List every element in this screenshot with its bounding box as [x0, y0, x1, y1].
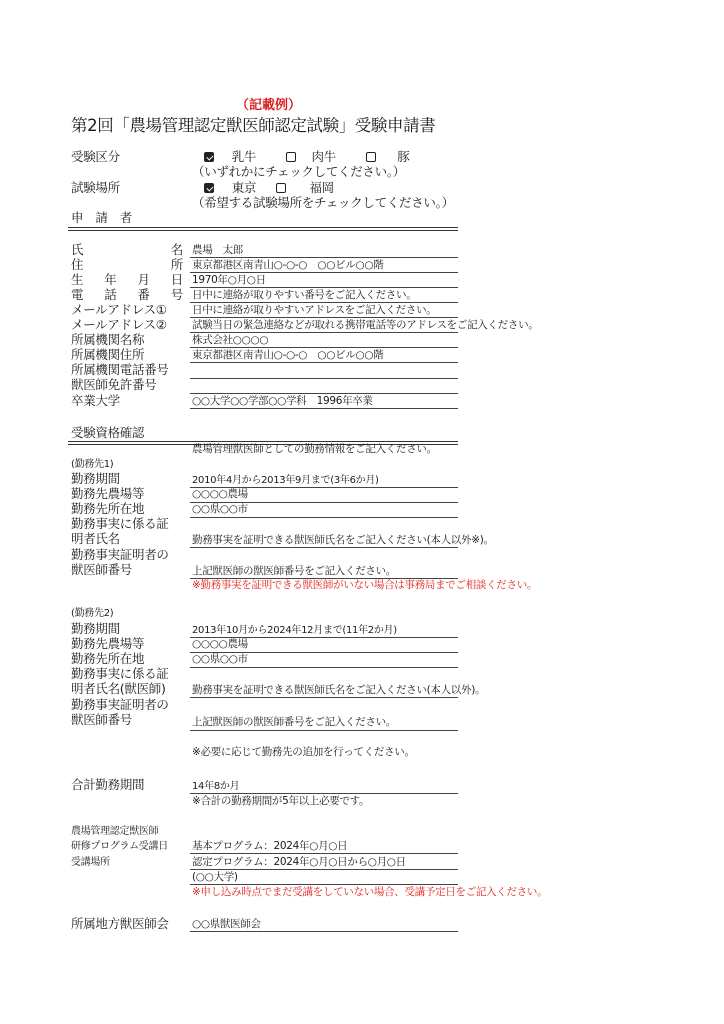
workplace1-farm-label: 勤務先農場等	[71, 486, 144, 501]
field-label-university: 卒業大学	[71, 393, 120, 408]
workplace1-certifier-suffix: (本人以外※)。	[427, 534, 494, 546]
field-underline	[190, 272, 458, 273]
field-underline	[190, 667, 458, 668]
field-label-email2: メールアドレス②	[71, 317, 167, 332]
option-label-dairy-cattle: 乳牛	[232, 149, 256, 164]
field-label-org-phone: 所属機関電話番号	[71, 362, 169, 377]
field-underline	[190, 730, 458, 731]
workplace2-certifier-suffix: (本人以外)。	[427, 684, 486, 696]
checkbox-beef-cattle[interactable]	[286, 152, 296, 162]
workplace2-location-label: 勤務先所在地	[71, 651, 144, 666]
field-underline	[190, 884, 458, 885]
total-period-label: 合計勤務期間	[71, 777, 144, 792]
workplace1-certno-label-1: 勤務事実証明者の	[71, 547, 169, 562]
workplace1-location[interactable]: ○○県○○市	[192, 503, 248, 516]
field-underline	[190, 517, 458, 518]
field-underline	[190, 362, 458, 363]
field-value-birthdate[interactable]: 1970年○月○日	[192, 274, 266, 287]
workplace1-warning: ※勤務事実を証明できる獣医師がいない場合は事務局までご相談ください。	[192, 579, 537, 592]
field-underline	[190, 332, 458, 333]
workplace2-certifier[interactable]: 勤務事実を証明できる獣医師氏名をご記入ください(本人以外)。	[192, 684, 485, 697]
page-title: 第2回「農場管理認定獣医師認定試験」受験申請書	[71, 112, 435, 136]
field-underline	[190, 317, 458, 318]
field-underline	[190, 853, 458, 854]
association-value[interactable]: ○○県獣医師会	[192, 918, 261, 931]
option-label-swine: 豚	[397, 149, 409, 164]
workplace1-period[interactable]: 2010年4月から2013年9月まで(3年6か月)	[192, 474, 379, 487]
field-underline	[190, 302, 458, 303]
option-label-tokyo: 東京	[232, 180, 256, 195]
field-underline	[190, 257, 458, 258]
exam-category-options: 乳牛 肉牛 豚	[204, 149, 409, 164]
sample-mark: （記載例）	[236, 94, 301, 113]
qualification-intro: 農場管理獣医師としての勤務情報をご記入ください。	[192, 443, 437, 456]
workplace2-certifier-value: 勤務事実を証明できる獣医師氏名をご記入ください	[192, 684, 427, 696]
exam-category-note: （いずれかにチェックしてください。）	[192, 164, 405, 179]
workplace1-period-label: 勤務期間	[71, 471, 120, 486]
exam-location-note: （希望する試験場所をチェックしてください。）	[192, 195, 454, 210]
workplace1-certifier-label-1: 勤務事実に係る証	[71, 516, 169, 531]
workplace2-period-label: 勤務期間	[71, 621, 120, 636]
section-divider	[68, 227, 458, 231]
field-underline	[190, 869, 458, 870]
field-value-email1[interactable]: 日中に連絡が取りやすいアドレスをご記入ください。	[192, 304, 436, 317]
workplace2-period[interactable]: 2013年10月から2024年12月まで(11年2か月)	[192, 624, 397, 637]
field-label-phone: 電話番号	[71, 287, 183, 302]
qualification-heading: 受験資格確認	[71, 425, 144, 440]
workplace1-certifier-value: 勤務事実を証明できる獣医師氏名をご記入ください	[192, 534, 427, 546]
field-underline	[190, 378, 458, 379]
field-value-university[interactable]: ○○大学○○学部○○学科 1996年卒業	[192, 395, 373, 408]
workplace2-certifier-label-2: 明者氏名(獣医師)	[71, 681, 166, 696]
field-label-org-name: 所属機関名称	[71, 332, 144, 347]
workplace1-certifier[interactable]: 勤務事実を証明できる獣医師氏名をご記入ください(本人以外※)。	[192, 534, 494, 547]
field-label-address: 住所	[71, 257, 183, 272]
field-label-license-no: 獣医師免許番号	[71, 377, 156, 392]
field-underline	[190, 547, 458, 548]
checkbox-dairy-cattle[interactable]	[204, 152, 214, 162]
workplace1-location-label: 勤務先所在地	[71, 501, 144, 516]
exam-location-options: 東京 福岡	[204, 180, 334, 195]
workplace1-certno-label-2: 獣医師番号	[71, 562, 132, 577]
total-period-value[interactable]: 14年8か月	[192, 780, 239, 793]
field-underline	[190, 347, 458, 348]
field-label-birthdate: 生年月日	[71, 272, 183, 287]
add-workplace-note: ※必要に応じて勤務先の追加を行ってください。	[192, 746, 415, 759]
field-underline	[190, 408, 458, 409]
field-value-org-address[interactable]: 東京都港区南青山○-○-○ ○○ビル○○階	[192, 349, 383, 362]
exam-location-label: 試験場所	[71, 180, 120, 195]
workplace2-certifier-label-1: 勤務事実に係る証	[71, 666, 169, 681]
field-value-name[interactable]: 農場 太郎	[192, 244, 243, 257]
workplace2-farm-label: 勤務先農場等	[71, 636, 144, 651]
field-underline	[190, 931, 458, 932]
field-value-org-name[interactable]: 株式会社○○○○	[192, 334, 268, 347]
field-value-phone[interactable]: 日中に連絡が取りやすい番号をご記入ください。	[192, 289, 416, 302]
workplace1-certno[interactable]: 上記獣医師の獣医師番号をご記入ください。	[192, 565, 396, 578]
workplace1-title: (勤務先1)	[71, 458, 113, 471]
training-label-1: 農場管理認定獣医師	[71, 825, 158, 838]
field-underline	[190, 697, 458, 698]
training-warning: ※申し込み時点でまだ受講をしていない場合、受講予定日をご記入ください。	[192, 886, 547, 899]
field-label-email1: メールアドレス①	[71, 302, 167, 317]
workplace2-title: (勤務先2)	[71, 607, 113, 620]
option-label-beef-cattle: 肉牛	[311, 149, 335, 164]
workplace1-farm[interactable]: ○○○○農場	[192, 488, 248, 501]
field-underline	[190, 793, 458, 794]
field-value-email2[interactable]: 試験当日の緊急連絡などが取れる携帯電話等のアドレスをご記入ください。	[192, 319, 538, 332]
training-label-2: 研修プログラム受講日	[71, 840, 168, 853]
exam-category-label: 受験区分	[71, 149, 120, 164]
workplace1-certifier-label-2: 明者氏名	[71, 531, 120, 546]
workplace2-certno-label-1: 勤務事実証明者の	[71, 697, 169, 712]
checkbox-fukuoka[interactable]	[276, 183, 286, 193]
field-label-org-address: 所属機関住所	[71, 347, 144, 362]
training-basic[interactable]: 基本プログラム：2024年○月○日	[192, 840, 347, 853]
checkbox-swine[interactable]	[366, 152, 376, 162]
applicant-heading: 申 請 者	[71, 210, 132, 225]
field-label-name: 氏名	[71, 242, 183, 257]
training-certified[interactable]: 認定プログラム：2024年○月○日から○月○日	[192, 856, 406, 869]
workplace2-certno-label-2: 獣医師番号	[71, 712, 132, 727]
training-venue[interactable]: (○○大学)	[192, 871, 238, 884]
workplace2-certno[interactable]: 上記獣医師の獣医師番号をご記入ください。	[192, 716, 396, 729]
option-label-fukuoka: 福岡	[309, 180, 333, 195]
association-label: 所属地方獣医師会	[71, 916, 169, 931]
field-underline	[190, 287, 458, 288]
workplace2-farm[interactable]: ○○○○農場	[192, 638, 248, 651]
training-label-3: 受講場所	[71, 856, 110, 869]
field-underline	[190, 393, 458, 394]
total-period-note: ※合計の勤務期間が5年以上必要です。	[192, 795, 369, 808]
field-value-address[interactable]: 東京都港区南青山○-○-○ ○○ビル○○階	[192, 259, 383, 272]
checkbox-tokyo[interactable]	[204, 183, 214, 193]
workplace2-location[interactable]: ○○県○○市	[192, 653, 248, 666]
